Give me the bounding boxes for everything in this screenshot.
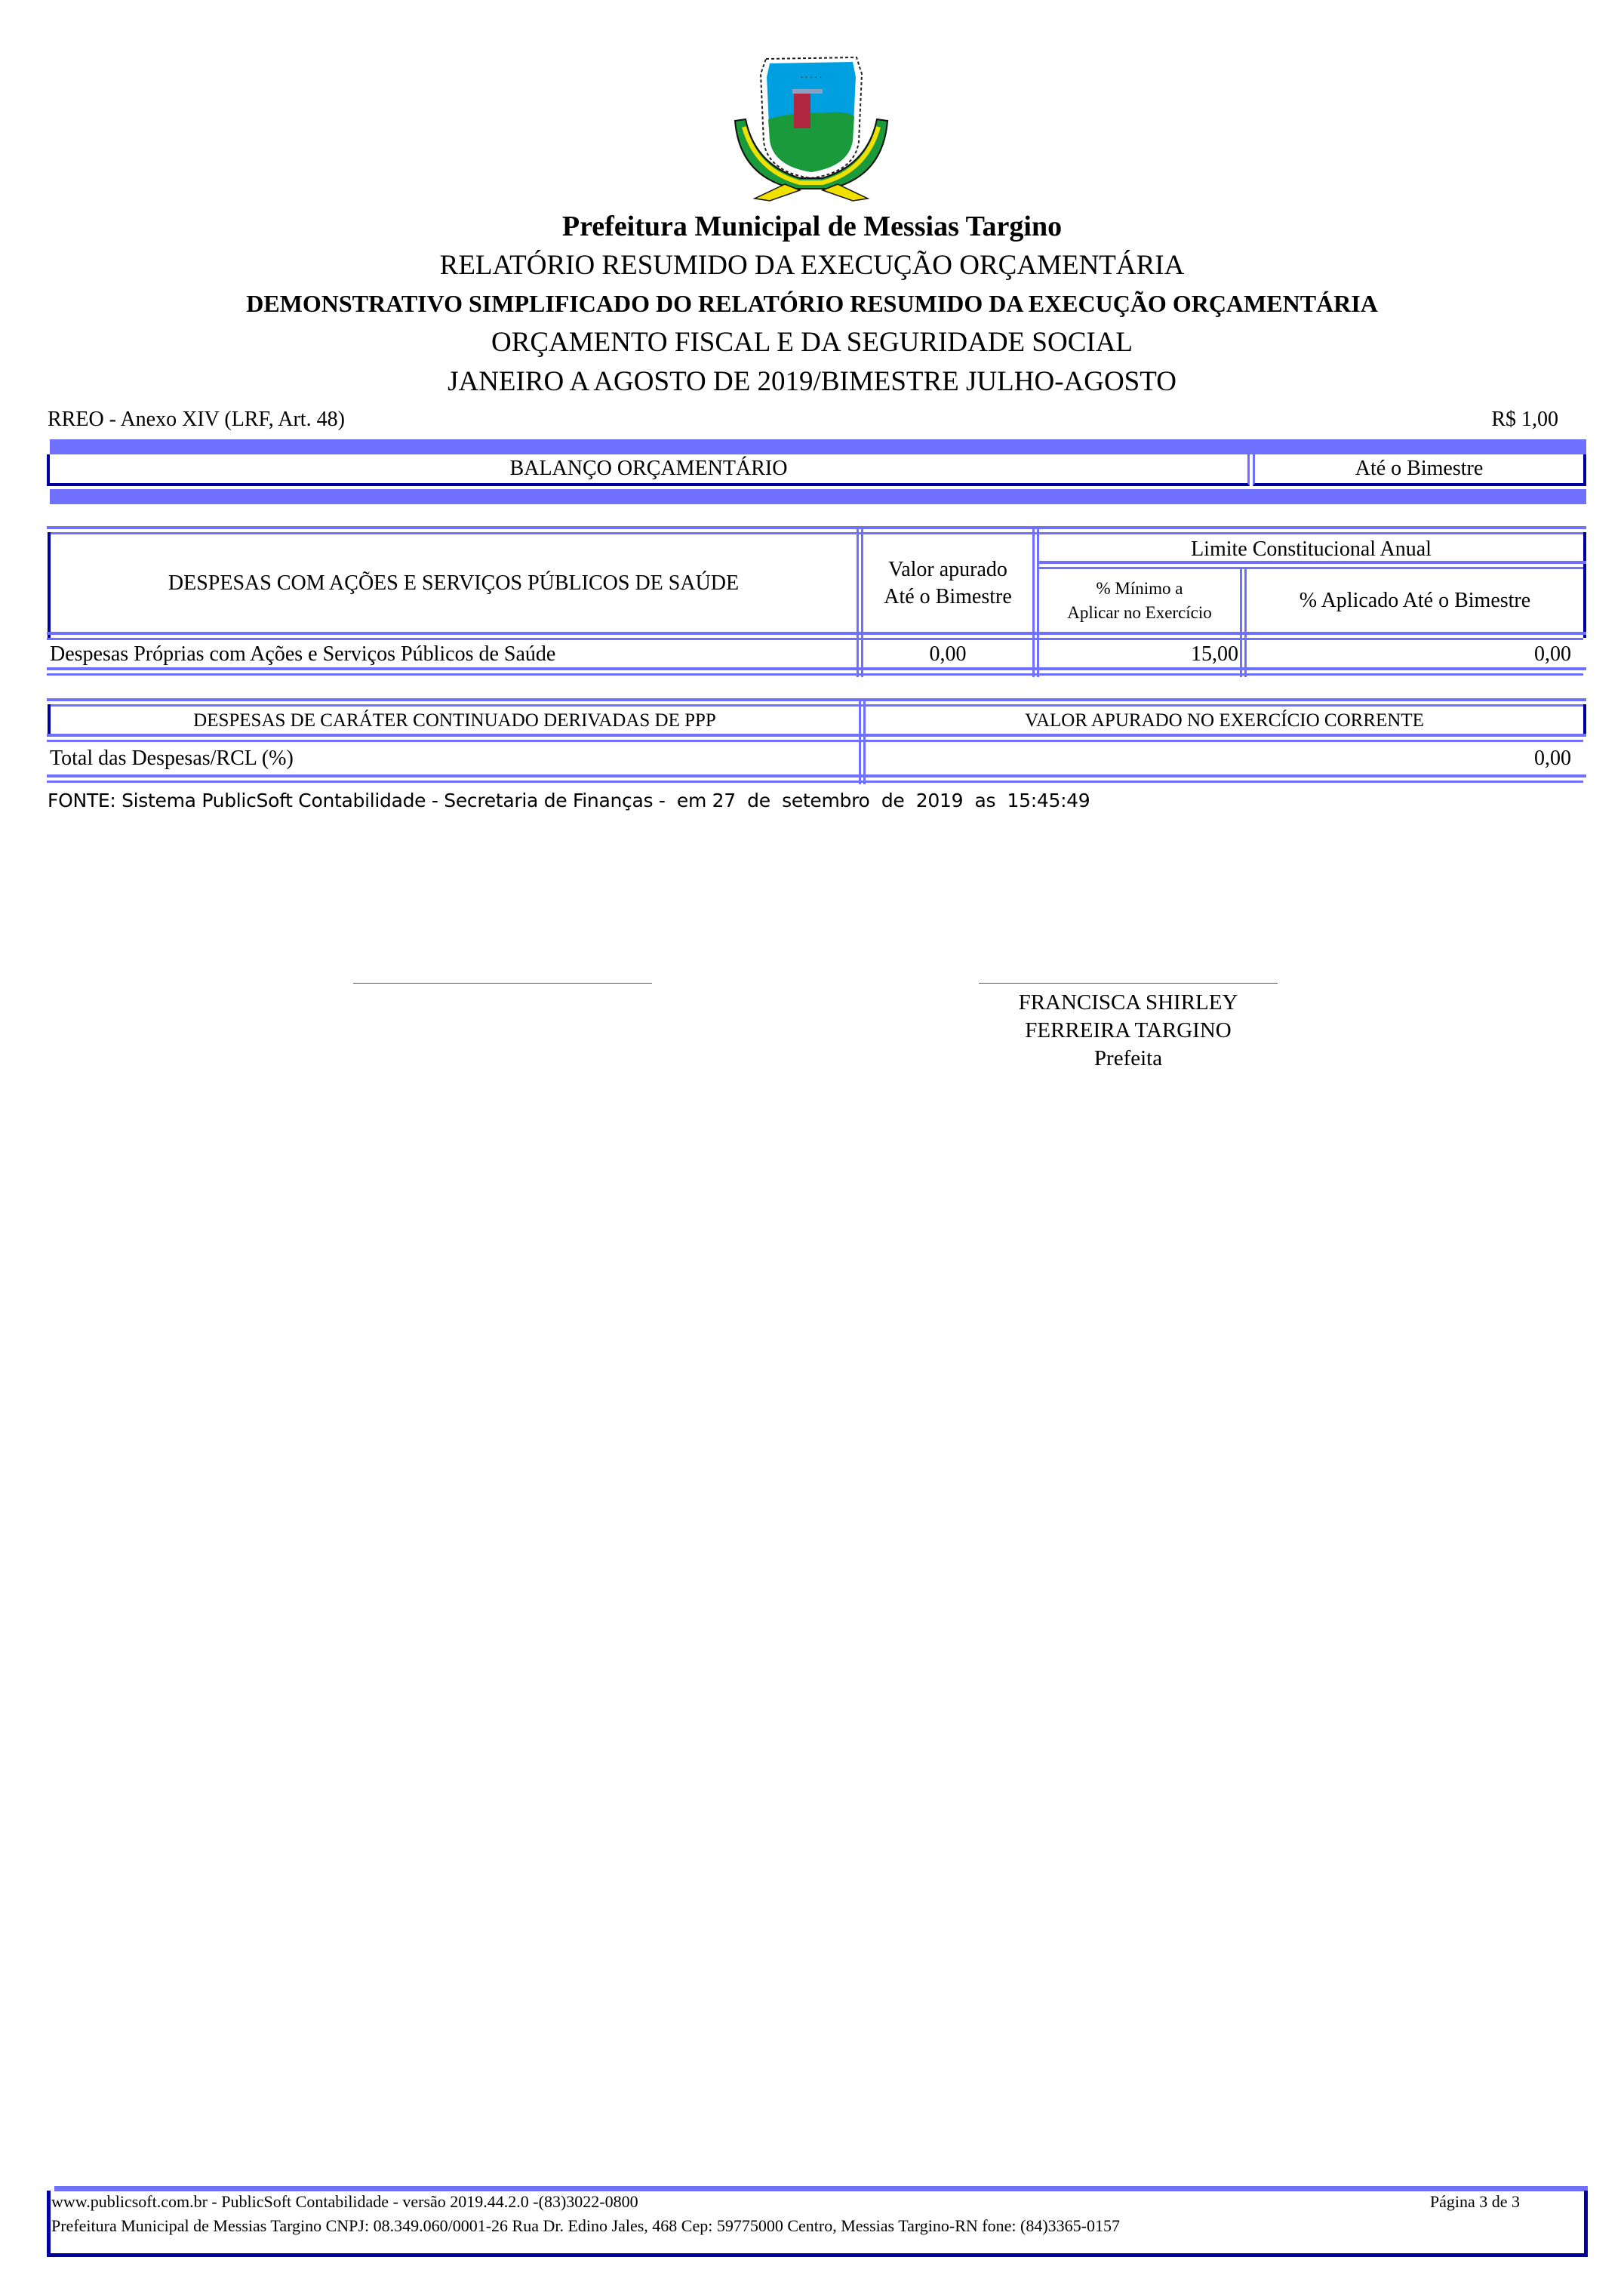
rule [47,781,1583,783]
signature-line [353,983,652,984]
rule [47,774,1586,777]
header-valor-line1: Valor apurado [888,556,1007,584]
page-footer: www.publicsoft.com.br - PublicSoft Conta… [47,2186,1588,2257]
rule [47,740,1583,742]
report-subtitle: DEMONSTRATIVO SIMPLIFICADO DO RELATÓRIO … [0,290,1624,318]
saude-header-main: DESPESAS COM AÇÕES E SERVIÇOS PÚBLICOS D… [51,535,857,632]
signatory-name-line1: FRANCISCA SHIRLEY [979,989,1278,1017]
svg-text:· · · · ·: · · · · · [801,74,823,82]
footer-software: www.publicsoft.com.br - PublicSoft Conta… [51,2192,638,2212]
rule [50,532,1586,534]
saude-header-limite: Limite Constitucional Anual [1039,537,1583,562]
footer-entity-info: Prefeitura Municipal de Messias Targino … [51,2216,1120,2236]
annex-label: RREO - Anexo XIV (LRF, Art. 48) [48,408,345,432]
rule [47,632,1586,635]
source-note: FONTE: Sistema PublicSoft Contabilidade … [48,790,1090,811]
saude-header-aplicado: % Aplicado Até o Bimestre [1247,570,1583,632]
signatory-role: Prefeita [979,1045,1278,1073]
currency-unit: R$ 1,00 [1491,408,1558,432]
report-title: RELATÓRIO RESUMIDO DA EXECUÇÃO ORÇAMENTÁ… [0,249,1624,282]
report-period: JANEIRO A AGOSTO DE 2019/BIMESTRE JULHO-… [0,365,1624,398]
rule [857,526,859,677]
signatory-name-line2: FERREIRA TARGINO [979,1017,1278,1045]
rule [1032,526,1035,677]
ppp-header-value: VALOR APURADO NO EXERCÍCIO CORRENTE [866,707,1583,734]
header-valor-line2: Até o Bimestre [884,584,1012,611]
row-minimo: 15,00 [1039,641,1240,667]
rule [50,439,1586,454]
rule [47,526,1586,529]
rule [1583,532,1586,638]
rule [1038,567,1583,569]
row-label: Despesas Próprias com Ações e Serviços P… [47,641,857,667]
ppp-header-label: DESPESAS DE CARÁTER CONTINUADO DERIVADAS… [51,707,859,734]
rule [47,638,1583,640]
rule [47,734,1586,737]
rule [47,667,1586,670]
header-minimo-line1: % Mínimo a [1097,577,1183,601]
signature-line [979,983,1278,984]
row-label: Total das Despesas/RCL (%) [47,743,859,774]
footer-page-number: Página 3 de 3 [1430,2192,1520,2212]
budget-scope: ORÇAMENTO FISCAL E DA SEGURIDADE SOCIAL [0,326,1624,359]
rule [47,698,1586,701]
municipal-crest-icon: · · · · · [724,44,898,204]
balanco-title: BALANÇO ORÇAMENTÁRIO [47,454,1250,486]
row-valor: 0,00 [863,641,1032,667]
row-aplicado: 0,00 [1247,641,1583,667]
rule [47,673,1583,676]
balanco-header: BALANÇO ORÇAMENTÁRIO Até o Bimestre [47,439,1586,504]
rule [1583,704,1586,734]
balanco-column: Até o Bimestre [1253,454,1586,486]
header-minimo-line2: Aplicar no Exercício [1067,601,1212,625]
saude-header-minimo: % Mínimo a Aplicar no Exercício [1039,570,1240,632]
row-value: 0,00 [866,743,1583,774]
rule [50,704,1586,707]
municipality-title: Prefeitura Municipal de Messias Targino [0,210,1624,243]
saude-header-valor: Valor apurado Até o Bimestre [863,535,1032,632]
rule [1240,568,1242,677]
rule [50,489,1586,504]
